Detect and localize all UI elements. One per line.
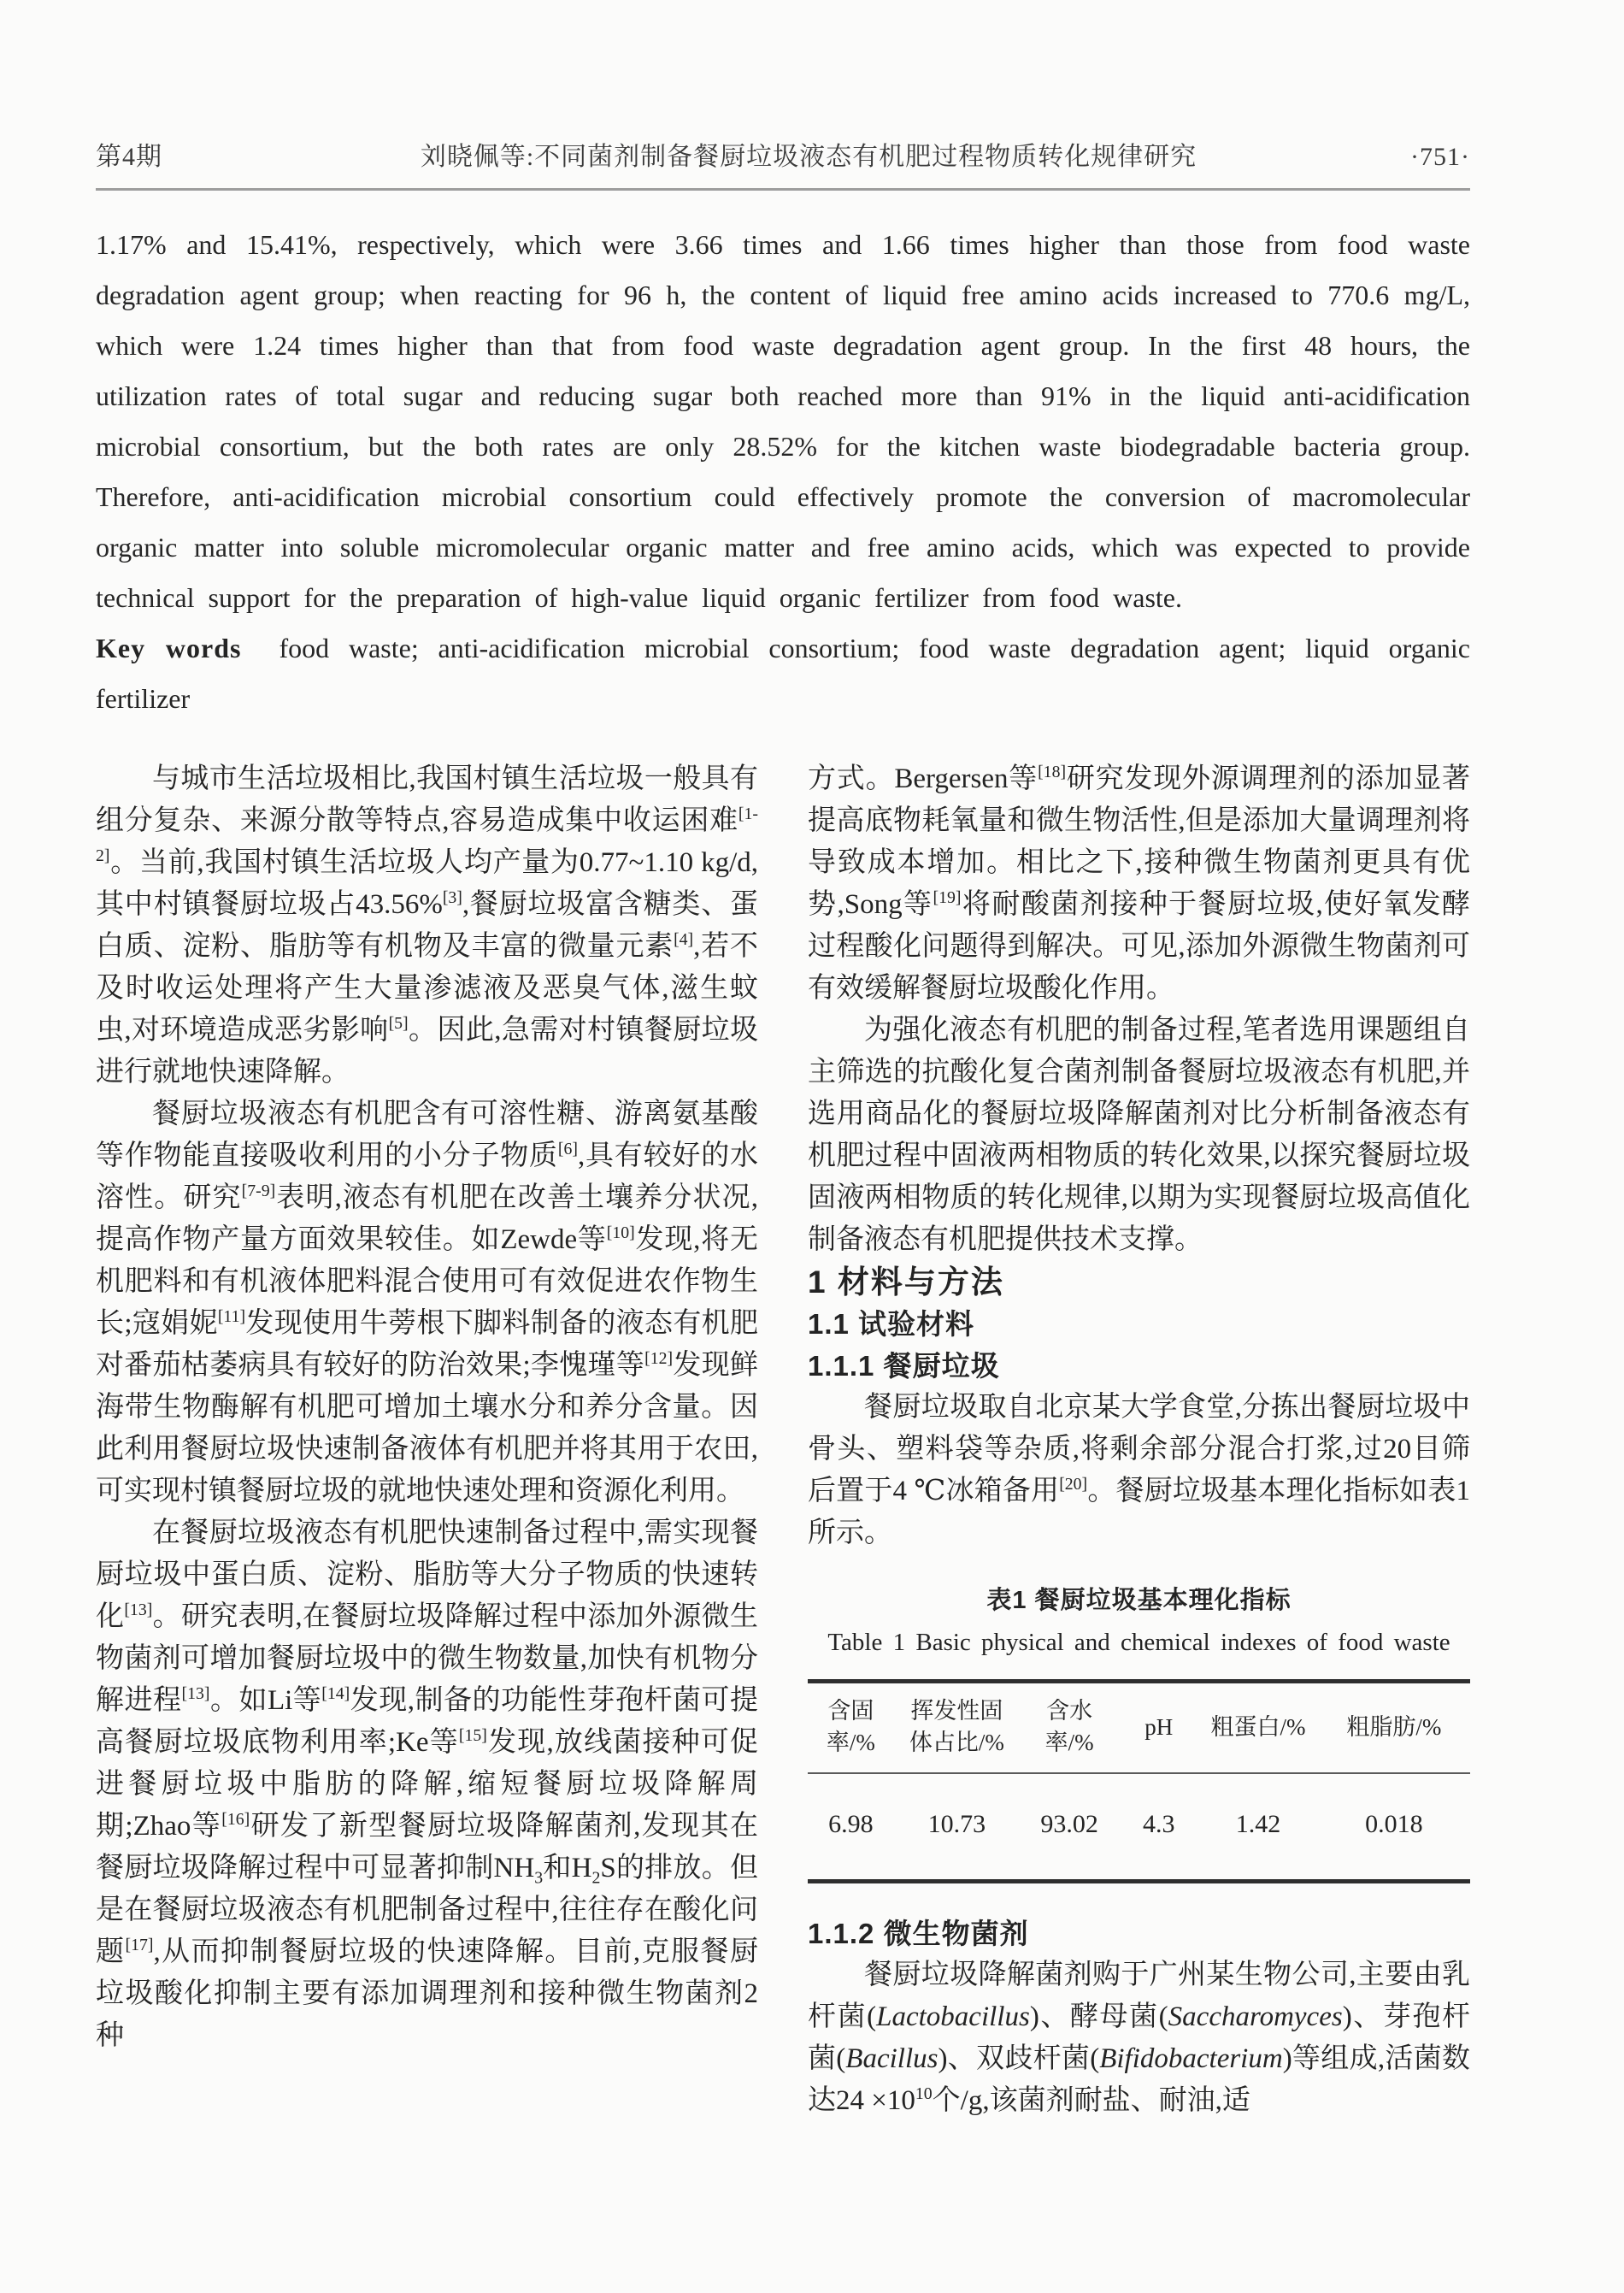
body-paragraph: 在餐厨垃圾液态有机肥快速制备过程中,需实现餐厨垃圾中蛋白质、淀粉、脂肪等大分子物…: [96, 1512, 758, 2057]
header-line: 含固: [809, 1695, 892, 1727]
table1-caption-en: Table 1 Basic physical and chemical inde…: [808, 1622, 1470, 1664]
journal-page: 第4期 刘晓佩等:不同菌剂制备餐厨垃圾液态有机肥过程物质转化规律研究 ·751·…: [0, 0, 1624, 2293]
table1-header-cell: 粗脂肪/%: [1318, 1682, 1470, 1774]
table1-header-row: 含固 率/% 挥发性固 体占比/% 含水 率/%: [808, 1682, 1470, 1774]
header-line: 含水: [1021, 1695, 1117, 1727]
keywords-text: food waste; anti-acidification microbial…: [96, 633, 1470, 714]
header-line: 粗脂肪/%: [1320, 1712, 1468, 1743]
table-row: 6.98 10.73 93.02 4.3 1.42 0.018: [808, 1773, 1470, 1882]
header-rule: [96, 188, 1470, 191]
running-title: 刘晓佩等:不同菌剂制备餐厨垃圾液态有机肥过程物质转化规律研究: [250, 135, 1368, 173]
table1-block: 表1 餐厨垃圾基本理化指标 Table 1 Basic physical and…: [808, 1580, 1470, 1883]
page-content: 第4期 刘晓佩等:不同菌剂制备餐厨垃圾液态有机肥过程物质转化规律研究 ·751·…: [96, 135, 1470, 2122]
table1-value: 0.018: [1318, 1773, 1470, 1882]
body-paragraph: 餐厨垃圾取自北京某大学食堂,分拣出餐厨垃圾中骨头、塑料袋等杂质,将剩余部分混合打…: [808, 1387, 1470, 1554]
body-paragraph-continued: 方式。Bergersen等[18]研究发现外源调理剂的添加显著提高底物耗氧量和微…: [808, 758, 1470, 1010]
table1-value: 4.3: [1119, 1773, 1198, 1882]
header-line: 率/%: [1021, 1727, 1117, 1759]
table1-data: 6.98 10.73 93.02 4.3 1.42 0.018: [808, 1773, 1470, 1882]
table1-header-cell: 含固 率/%: [808, 1682, 894, 1774]
right-column: 方式。Bergersen等[18]研究发现外源调理剂的添加显著提高底物耗氧量和微…: [808, 758, 1470, 2122]
abstract-english: 1.17% and 15.41%, respectively, which we…: [96, 220, 1470, 623]
table1-header-cell: pH: [1119, 1682, 1198, 1774]
table1-value: 1.42: [1198, 1773, 1318, 1882]
section-heading-1-1-1: 1.1.1 餐厨垃圾: [808, 1345, 1470, 1387]
section-heading-1-1: 1.1 试验材料: [808, 1303, 1470, 1345]
header-line: 体占比/%: [896, 1727, 1018, 1759]
header-line: pH: [1121, 1712, 1197, 1743]
keywords-label: Key words: [96, 633, 241, 663]
section-heading-1-1-2: 1.1.2 微生物菌剂: [808, 1913, 1470, 1954]
page-number: ·751·: [1368, 143, 1470, 172]
header-line: 率/%: [809, 1727, 892, 1759]
keywords-line: Key wordsfood waste; anti-acidification …: [96, 623, 1470, 724]
left-column: 与城市生活垃圾相比,我国村镇生活垃圾一般具有组分复杂、来源分散等特点,容易造成集…: [96, 758, 758, 2122]
table1-header-cell: 含水 率/%: [1020, 1682, 1119, 1774]
body-paragraph: 与城市生活垃圾相比,我国村镇生活垃圾一般具有组分复杂、来源分散等特点,容易造成集…: [96, 758, 758, 1093]
issue-number: 第4期: [96, 135, 250, 173]
header-line: 粗蛋白/%: [1200, 1712, 1316, 1743]
body-paragraph: 为强化液态有机肥的制备过程,笔者选用课题组自主筛选的抗酸化复合菌剂制备餐厨垃圾液…: [808, 1010, 1470, 1261]
table1: 含固 率/% 挥发性固 体占比/% 含水 率/%: [808, 1679, 1470, 1883]
running-header: 第4期 刘晓佩等:不同菌剂制备餐厨垃圾液态有机肥过程物质转化规律研究 ·751·: [96, 135, 1470, 173]
table1-header-cell: 粗蛋白/%: [1198, 1682, 1318, 1774]
two-column-body: 与城市生活垃圾相比,我国村镇生活垃圾一般具有组分复杂、来源分散等特点,容易造成集…: [96, 758, 1470, 2122]
header-line: 挥发性固: [896, 1695, 1018, 1727]
table1-value: 93.02: [1020, 1773, 1119, 1882]
section-heading-1: 1 材料与方法: [808, 1261, 1470, 1303]
body-paragraph: 餐厨垃圾液态有机肥含有可溶性糖、游离氨基酸等作物能直接吸收利用的小分子物质[6]…: [96, 1093, 758, 1512]
table1-value: 6.98: [808, 1773, 894, 1882]
table1-caption-zh: 表1 餐厨垃圾基本理化指标: [808, 1580, 1470, 1622]
table1-header-cell: 挥发性固 体占比/%: [894, 1682, 1020, 1774]
body-paragraph: 餐厨垃圾降解菌剂购于广州某生物公司,主要由乳杆菌(Lactobacillus)、…: [808, 1954, 1470, 2122]
table1-value: 10.73: [894, 1773, 1020, 1882]
